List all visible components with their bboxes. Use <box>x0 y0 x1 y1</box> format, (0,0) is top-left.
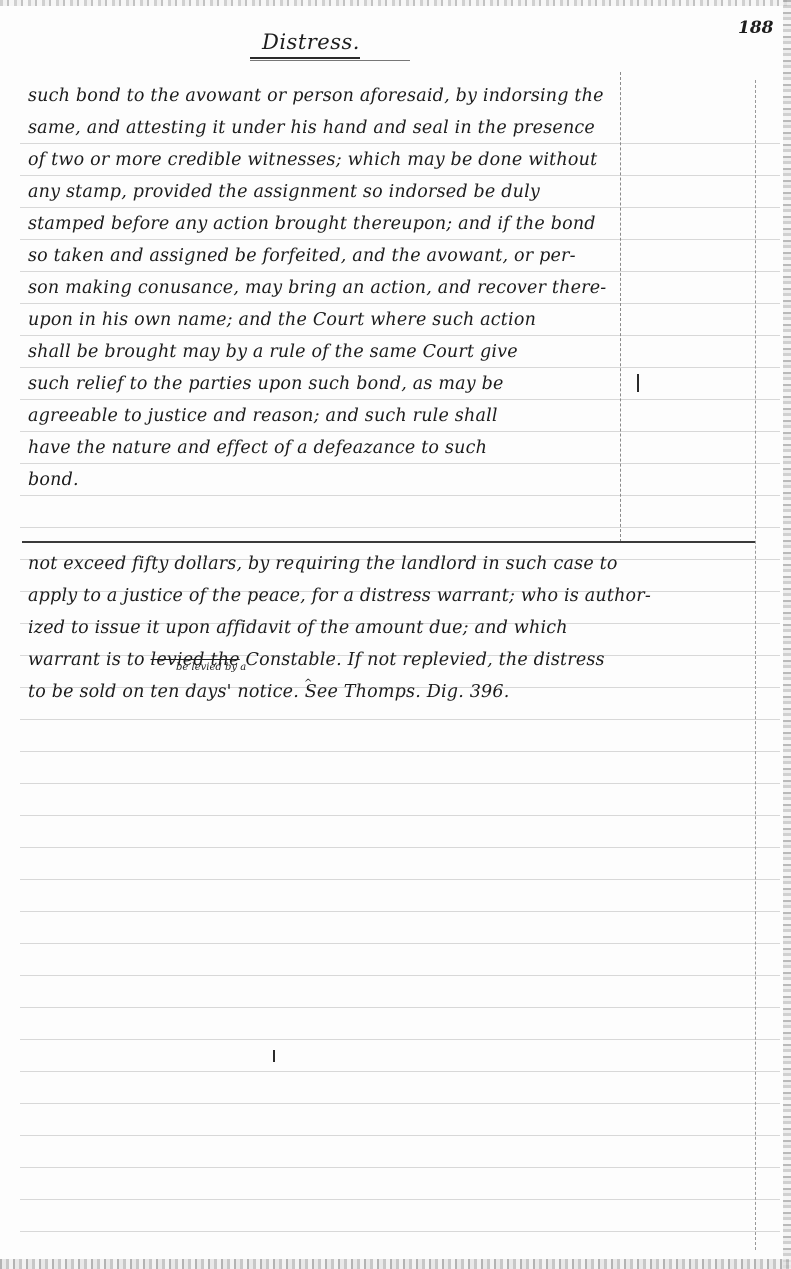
scan-edge-bottom <box>0 1259 791 1269</box>
text-line: upon in his own name; and the Court wher… <box>28 304 618 336</box>
text-line: ized to issue it upon affidavit of the a… <box>28 612 748 644</box>
text-line: of two or more credible witnesses; which… <box>28 144 618 176</box>
text-line: such bond to the avowant or person afore… <box>28 80 618 112</box>
text-block-lower: not exceed fifty dollars, by requiring t… <box>28 548 748 708</box>
text-line: have the nature and effect of a defeazan… <box>28 432 618 464</box>
stray-ink-mark <box>273 1050 275 1062</box>
text-line: bond. <box>28 464 618 496</box>
page-title: Distress. <box>262 30 360 54</box>
text-line-with-correction: warrant is to levied the Constable. If n… <box>28 644 748 676</box>
manuscript-page: Distress. 188 such bond to the avowant o… <box>0 0 791 1269</box>
margin-line-inner <box>620 72 621 542</box>
text-line: shall be brought may by a rule of the sa… <box>28 336 618 368</box>
insertion-caret: ^ <box>304 678 312 689</box>
page-number: 188 <box>738 18 774 38</box>
scan-edge-right <box>783 0 791 1269</box>
text-block-upper: such bond to the avowant or person afore… <box>28 80 618 496</box>
title-underline <box>250 57 360 59</box>
title-underline-thin <box>250 60 410 61</box>
text-line: same, and attesting it under his hand an… <box>28 112 618 144</box>
text-line: son making conusance, may bring an actio… <box>28 272 618 304</box>
stray-ink-mark <box>637 374 639 392</box>
text-line: not exceed fifty dollars, by requiring t… <box>28 548 748 580</box>
text-segment: warrant is to <box>28 650 151 670</box>
text-line: apply to a justice of the peace, for a d… <box>28 580 748 612</box>
text-segment: Constable. If not replevied, the distres… <box>240 650 605 670</box>
text-line: stamped before any action brought thereu… <box>28 208 618 240</box>
margin-line-outer <box>755 80 756 1250</box>
text-line: any stamp, provided the assignment so in… <box>28 176 618 208</box>
interlinear-insertion: be levied by a <box>176 662 246 673</box>
text-line: agreeable to justice and reason; and suc… <box>28 400 618 432</box>
text-line: to be sold on ten days' notice. See Thom… <box>28 676 748 708</box>
text-line: such relief to the parties upon such bon… <box>28 368 618 400</box>
scan-edge-top <box>0 0 791 6</box>
section-divider <box>22 541 755 543</box>
text-line: so taken and assigned be forfeited, and … <box>28 240 618 272</box>
